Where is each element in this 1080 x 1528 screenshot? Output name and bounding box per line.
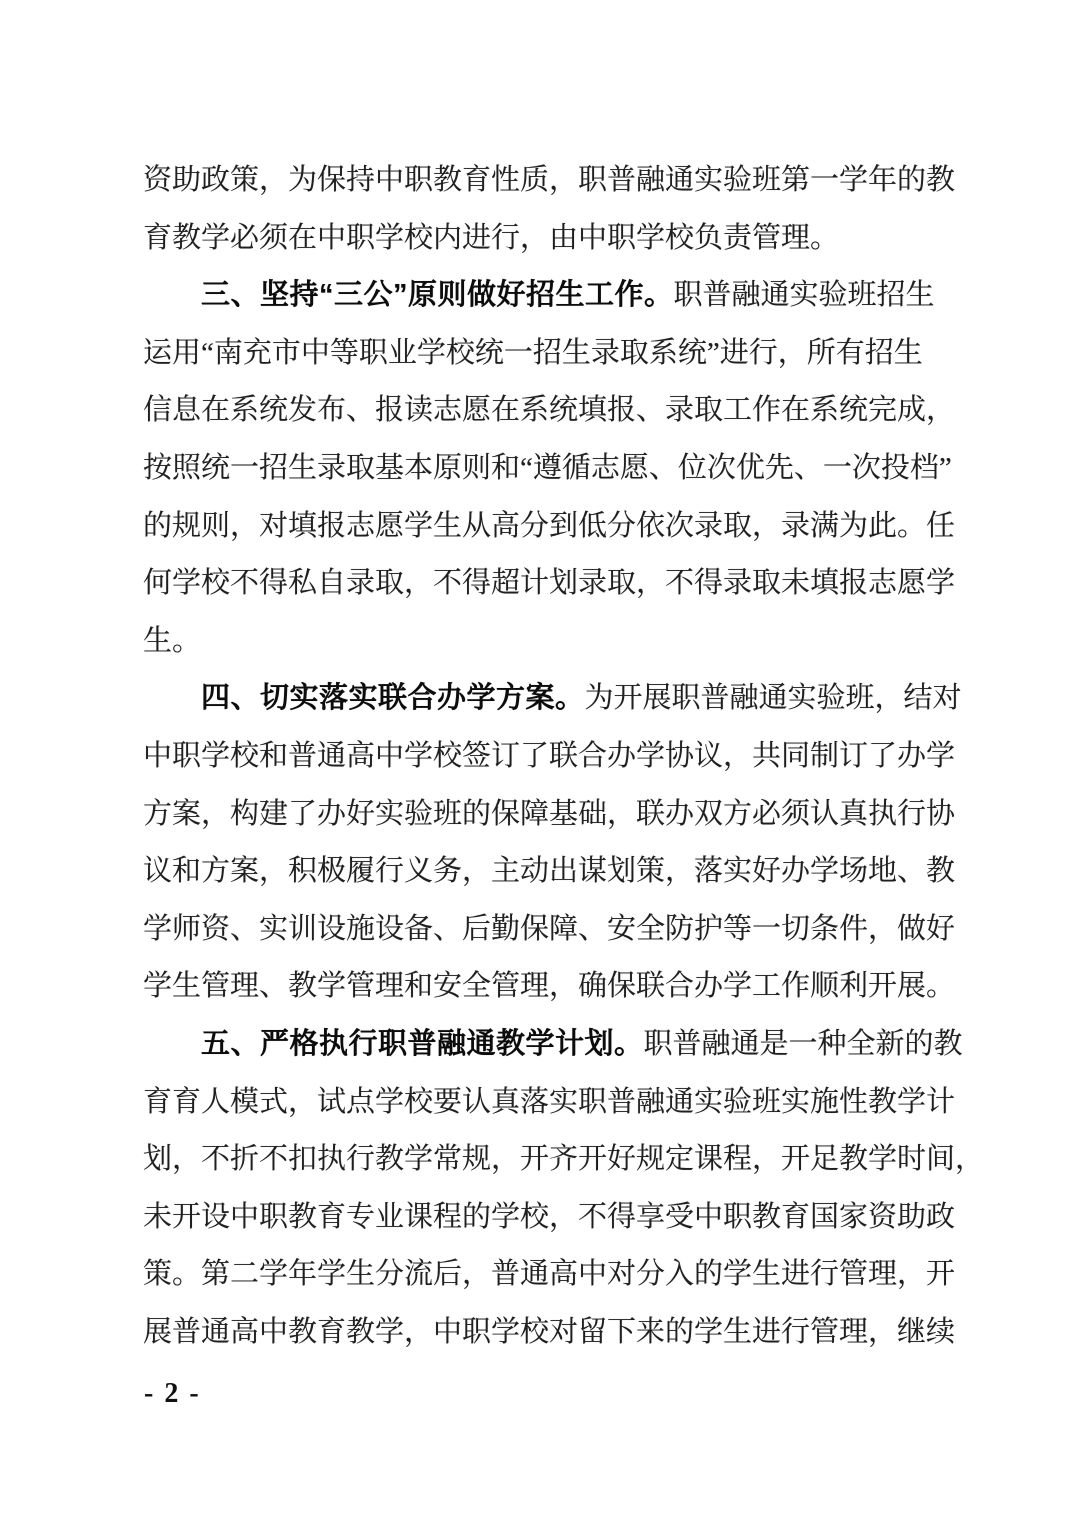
heading-text: 五、严格执行职普融通教学计划。 [201,1028,644,1060]
heading-text: 四、切实落实联合办学方案。 [201,682,585,714]
body-text: 为开展职普融通实验班，结对 [585,682,962,714]
body-text: 的规则，对填报志愿学生从高分到低分依次录取，录满为此。任 [143,510,955,542]
body-text: 学生管理、教学管理和安全管理，确保联合办学工作顺利开展。 [143,970,955,1002]
text-line: 方案，构建了办好实验班的保障基础，联办双方必须认真执行协 [143,786,973,844]
heading-text: 三、坚持“三公”原则做好招生工作。 [201,279,674,311]
text-line: 的规则，对填报志愿学生从高分到低分依次录取，录满为此。任 [143,498,973,556]
body-text: 职普融通实验班招生 [674,279,935,311]
body-text: 划，不折不扣执行教学常规，开齐开好规定课程，开足教学时间， [143,1143,984,1175]
paragraph-heading-line: 五、严格执行职普融通教学计划。职普融通是一种全新的教 [143,1016,973,1074]
text-line: 展普通高中教育教学，中职学校对留下来的学生进行管理，继续 [143,1304,973,1362]
page-number: - 2 - [144,1378,201,1410]
text-line: 运用“南充市中等职业学校统一招生录取系统”进行，所有招生 [143,325,973,383]
text-line: 育育人模式，试点学校要认真落实职普融通实验班实施性教学计 [143,1074,973,1132]
body-text: 未开设中职教育专业课程的学校，不得享受中职教育国家资助政 [143,1201,955,1233]
body-text: 信息在系统发布、报读志愿在系统填报、录取工作在系统完成， [143,394,955,426]
body-text: 学师资、实训设施设备、后勤保障、安全防护等一切条件，做好 [143,913,955,945]
text-line: 策。第二学年学生分流后，普通高中对分入的学生进行管理，开 [143,1246,973,1304]
body-text: 育教学必须在中职学校内进行，由中职学校负责管理。 [143,222,839,254]
body-text: 策。第二学年学生分流后，普通高中对分入的学生进行管理，开 [143,1258,955,1290]
text-line: 信息在系统发布、报读志愿在系统填报、录取工作在系统完成， [143,382,973,440]
body-text: 职普融通是一种全新的教 [644,1028,963,1060]
text-line: 未开设中职教育专业课程的学校，不得享受中职教育国家资助政 [143,1189,973,1247]
text-line: 资助政策，为保持中职教育性质，职普融通实验班第一学年的教 [143,152,973,210]
body-text: 方案，构建了办好实验班的保障基础，联办双方必须认真执行协 [143,798,955,830]
body-text: 生。 [143,625,201,657]
body-text: 资助政策，为保持中职教育性质，职普融通实验班第一学年的教 [143,164,955,196]
body-text: 何学校不得私自录取，不得超计划录取，不得录取未填报志愿学 [143,567,955,599]
body-text: 议和方案，积极履行义务，主动出谋划策，落实好办学场地、教 [143,855,955,887]
text-line: 生。 [143,613,973,671]
document-body: 资助政策，为保持中职教育性质，职普融通实验班第一学年的教育教学必须在中职学校内进… [143,152,973,1361]
paragraph-heading-line: 三、坚持“三公”原则做好招生工作。职普融通实验班招生 [143,267,973,325]
text-line: 学师资、实训设施设备、后勤保障、安全防护等一切条件，做好 [143,901,973,959]
text-line: 育教学必须在中职学校内进行，由中职学校负责管理。 [143,210,973,268]
text-line: 何学校不得私自录取，不得超计划录取，不得录取未填报志愿学 [143,555,973,613]
paragraph-heading-line: 四、切实落实联合办学方案。为开展职普融通实验班，结对 [143,670,973,728]
text-line: 划，不折不扣执行教学常规，开齐开好规定课程，开足教学时间， [143,1131,973,1189]
body-text: 中职学校和普通高中学校签订了联合办学协议，共同制订了办学 [143,740,955,772]
body-text: 按照统一招生录取基本原则和“遵循志愿、位次优先、一次投档” [143,452,952,484]
text-line: 议和方案，积极履行义务，主动出谋划策，落实好办学场地、教 [143,843,973,901]
text-line: 学生管理、教学管理和安全管理，确保联合办学工作顺利开展。 [143,958,973,1016]
body-text: 育育人模式，试点学校要认真落实职普融通实验班实施性教学计 [143,1086,955,1118]
text-line: 按照统一招生录取基本原则和“遵循志愿、位次优先、一次投档” [143,440,973,498]
body-text: 展普通高中教育教学，中职学校对留下来的学生进行管理，继续 [143,1316,955,1348]
body-text: 运用“南充市中等职业学校统一招生录取系统”进行，所有招生 [143,337,923,369]
text-line: 中职学校和普通高中学校签订了联合办学协议，共同制订了办学 [143,728,973,786]
document-page: 资助政策，为保持中职教育性质，职普融通实验班第一学年的教育教学必须在中职学校内进… [0,0,1080,1528]
